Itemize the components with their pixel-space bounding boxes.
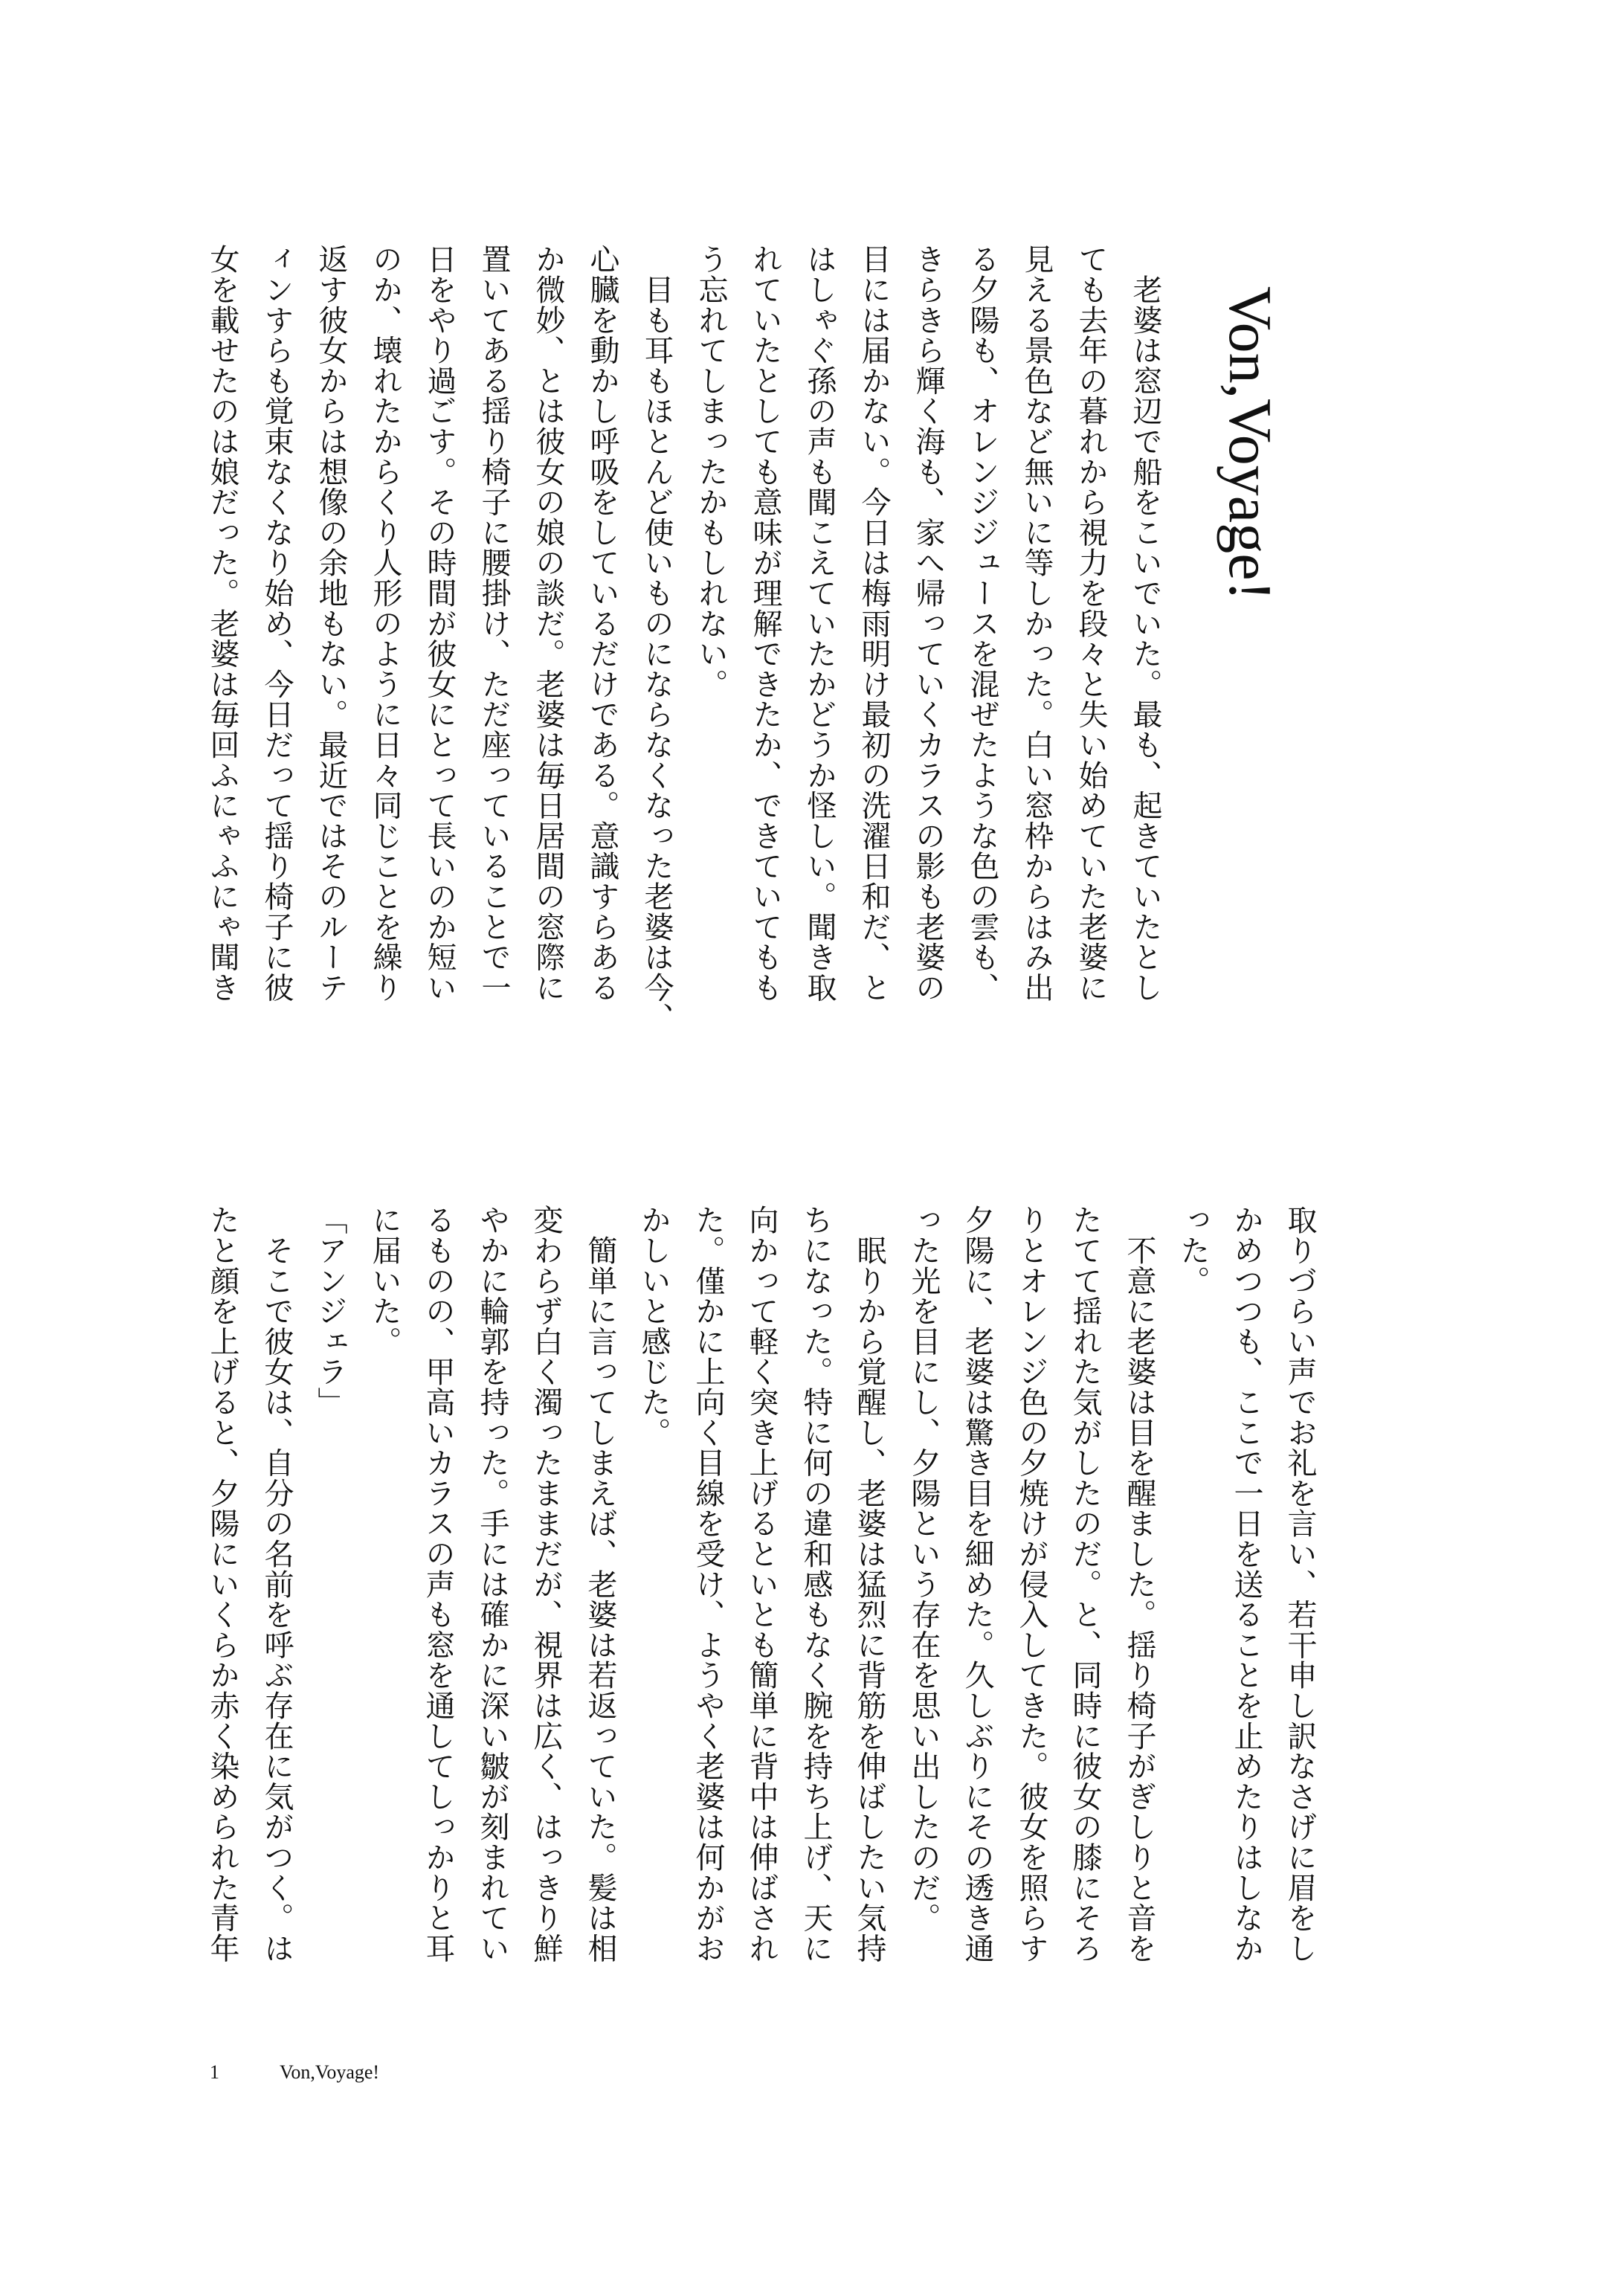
page-number: 1 — [210, 2061, 280, 2084]
page-footer: 1 Von,Voyage! — [210, 2061, 379, 2084]
text-column: かめつつも、ここで一日を送ることを止めたりはしなか — [1230, 1205, 1263, 1963]
bottom-text-block: 取りづらい声でお礼を言い、若干申し訳なさげに眉をし かめつつも、ここで一日を送る… — [0, 0, 1624, 2274]
running-title: Von,Voyage! — [280, 2061, 379, 2084]
text-column: 向かって軽く突き上げるといとも簡単に背中は伸ばされ — [745, 1205, 778, 1963]
text-column: った光を目にし、夕陽という存在を思い出したのだ。 — [907, 1205, 940, 1933]
text-column: たと顔を上げると、夕陽にいくらか赤く染められた青年 — [206, 1205, 239, 1963]
document-page: Von,Voyage! 老婆は窓辺で船をこいでいた。最も、起きていたとし ても去… — [0, 0, 1624, 2274]
text-column: 変わらず白く濁ったままだが、視界は広く、はっきり鮮 — [529, 1205, 562, 1963]
text-column: そこで彼女は、自分の名前を呼ぶ存在に気がつく。は — [260, 1205, 293, 1963]
text-column: 夕陽に、老婆は驚き目を細めた。久しぶりにその透き通 — [961, 1205, 993, 1963]
text-column: たてて揺れた気がしたのだ。と、同時に彼女の膝にそろ — [1069, 1205, 1101, 1963]
text-column: た。僅かに上向く目線を受け、ようやく老婆は何かがお — [692, 1205, 724, 1963]
text-column: るものの、甲高いカラスの声も窓を通してしっかりと耳 — [422, 1205, 454, 1963]
text-column: 「アンジェラ」 — [314, 1205, 347, 1417]
text-column: に届いた。 — [368, 1205, 401, 1356]
text-column: 取りづらい声でお礼を言い、若干申し訳なさげに眉をし — [1283, 1205, 1316, 1963]
text-column: かしいと感じた。 — [637, 1205, 670, 1447]
text-column: った。 — [1176, 1205, 1209, 1295]
text-column: やかに輪郭を持った。手には確かに深い皺が刻まれてい — [476, 1205, 509, 1963]
text-column: 不意に老婆は目を醒ました。揺り椅子がぎしりと音を — [1123, 1205, 1156, 1963]
text-column: りとオレンジ色の夕焼けが侵入してきた。彼女を照らす — [1015, 1205, 1048, 1963]
text-column: 簡単に言ってしまえば、老婆は若返っていた。髪は相 — [584, 1205, 616, 1963]
text-column: 眠りから覚醒し、老婆は猛烈に背筋を伸ばしたい気持 — [853, 1205, 886, 1963]
text-column: ちになった。特に何の違和感もなく腕を持ち上げ、天に — [799, 1205, 832, 1963]
